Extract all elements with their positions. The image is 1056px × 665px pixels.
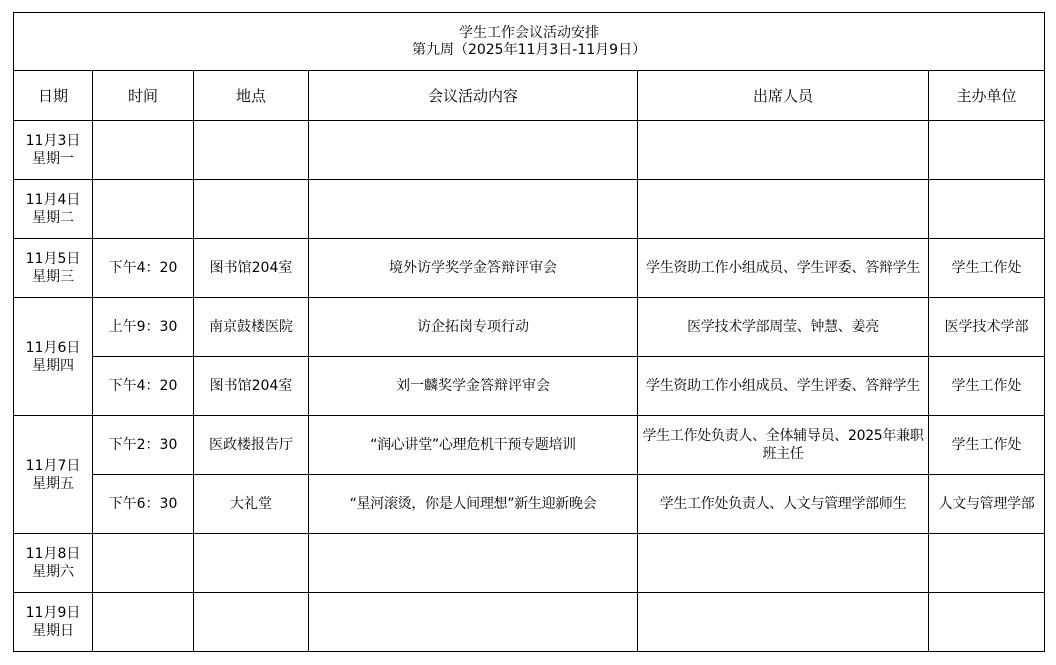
place-cell: 图书馆204室 — [194, 239, 309, 298]
header-place: 地点 — [194, 71, 309, 121]
date-text: 11月6日 — [15, 339, 91, 357]
time-cell: 下午2：30 — [93, 416, 194, 475]
table-row-tuesday: 11月4日 星期二 — [14, 180, 1045, 239]
time-cell: 上午9：30 — [93, 298, 194, 357]
date-text: 11月3日 — [15, 132, 91, 150]
date-cell: 11月9日 星期日 — [14, 593, 93, 652]
content-cell: “星河滚烫，你是人间理想”新生迎新晚会 — [309, 475, 638, 534]
table-row-thursday-2: 下午4：20 图书馆204室 刘一麟奖学金答辩评审会 学生资助工作小组成员、学生… — [14, 357, 1045, 416]
attendees-cell: 学生工作处负责人、全体辅导员、2025年兼职班主任 — [638, 416, 929, 475]
table-row-friday-2: 下午6：30 大礼堂 “星河滚烫，你是人间理想”新生迎新晚会 学生工作处负责人、… — [14, 475, 1045, 534]
table-row-monday: 11月3日 星期一 — [14, 121, 1045, 180]
time-cell — [93, 121, 194, 180]
attendees-cell: 学生资助工作小组成员、学生评委、答辩学生 — [638, 239, 929, 298]
content-cell: 访企拓岗专项行动 — [309, 298, 638, 357]
date-text: 11月8日 — [15, 545, 91, 563]
title-row: 学生工作会议活动安排 第九周（2025年11月3日-11月9日） — [14, 13, 1045, 71]
host-cell: 医学技术学部 — [929, 298, 1045, 357]
host-cell: 学生工作处 — [929, 416, 1045, 475]
weekday-text: 星期五 — [15, 475, 91, 493]
header-time: 时间 — [93, 71, 194, 121]
weekday-text: 星期二 — [15, 209, 91, 227]
host-cell: 学生工作处 — [929, 357, 1045, 416]
place-cell: 图书馆204室 — [194, 357, 309, 416]
weekday-text: 星期一 — [15, 150, 91, 168]
place-cell — [194, 593, 309, 652]
attendees-cell — [638, 121, 929, 180]
place-cell: 大礼堂 — [194, 475, 309, 534]
date-text: 11月4日 — [15, 191, 91, 209]
date-cell: 11月4日 星期二 — [14, 180, 93, 239]
time-cell: 下午4：20 — [93, 239, 194, 298]
content-cell — [309, 593, 638, 652]
attendees-cell: 学生资助工作小组成员、学生评委、答辩学生 — [638, 357, 929, 416]
header-row: 日期 时间 地点 会议活动内容 出席人员 主办单位 — [14, 71, 1045, 121]
time-cell — [93, 180, 194, 239]
weekday-text: 星期三 — [15, 268, 91, 286]
time-cell — [93, 534, 194, 593]
weekday-text: 星期四 — [15, 357, 91, 375]
attendees-cell: 医学技术学部周莹、钟慧、姜亮 — [638, 298, 929, 357]
attendees-cell — [638, 534, 929, 593]
place-cell — [194, 180, 309, 239]
time-cell: 下午6：30 — [93, 475, 194, 534]
header-date: 日期 — [14, 71, 93, 121]
place-cell: 医政楼报告厅 — [194, 416, 309, 475]
table-row-friday-1: 11月7日 星期五 下午2：30 医政楼报告厅 “润心讲堂”心理危机干预专题培训… — [14, 416, 1045, 475]
host-cell — [929, 534, 1045, 593]
header-content: 会议活动内容 — [309, 71, 638, 121]
attendees-cell — [638, 180, 929, 239]
weekday-text: 星期六 — [15, 563, 91, 581]
attendees-cell — [638, 593, 929, 652]
host-cell — [929, 180, 1045, 239]
host-cell — [929, 121, 1045, 180]
date-cell: 11月7日 星期五 — [14, 416, 93, 534]
date-cell: 11月3日 星期一 — [14, 121, 93, 180]
date-text: 11月7日 — [15, 457, 91, 475]
place-cell — [194, 534, 309, 593]
place-cell: 南京鼓楼医院 — [194, 298, 309, 357]
date-cell: 11月8日 星期六 — [14, 534, 93, 593]
table-row-saturday: 11月8日 星期六 — [14, 534, 1045, 593]
time-cell: 下午4：20 — [93, 357, 194, 416]
content-cell — [309, 180, 638, 239]
content-cell — [309, 534, 638, 593]
attendees-cell: 学生工作处负责人、人文与管理学部师生 — [638, 475, 929, 534]
date-cell: 11月5日 星期三 — [14, 239, 93, 298]
title-week-range: 第九周（2025年11月3日-11月9日） — [15, 42, 1043, 59]
time-cell — [93, 593, 194, 652]
title-main: 学生工作会议活动安排 — [15, 25, 1043, 42]
date-cell: 11月6日 星期四 — [14, 298, 93, 416]
host-cell: 学生工作处 — [929, 239, 1045, 298]
content-cell: 境外访学奖学金答辩评审会 — [309, 239, 638, 298]
table-row-wednesday: 11月5日 星期三 下午4：20 图书馆204室 境外访学奖学金答辩评审会 学生… — [14, 239, 1045, 298]
date-text: 11月9日 — [15, 604, 91, 622]
host-cell — [929, 593, 1045, 652]
header-host: 主办单位 — [929, 71, 1045, 121]
content-cell: 刘一麟奖学金答辩评审会 — [309, 357, 638, 416]
schedule-table: 学生工作会议活动安排 第九周（2025年11月3日-11月9日） 日期 时间 地… — [13, 12, 1045, 652]
host-cell: 人文与管理学部 — [929, 475, 1045, 534]
content-cell: “润心讲堂”心理危机干预专题培训 — [309, 416, 638, 475]
content-cell — [309, 121, 638, 180]
place-cell — [194, 121, 309, 180]
header-attendees: 出席人员 — [638, 71, 929, 121]
table-row-thursday-1: 11月6日 星期四 上午9：30 南京鼓楼医院 访企拓岗专项行动 医学技术学部周… — [14, 298, 1045, 357]
weekday-text: 星期日 — [15, 622, 91, 640]
table-row-sunday: 11月9日 星期日 — [14, 593, 1045, 652]
table-title: 学生工作会议活动安排 第九周（2025年11月3日-11月9日） — [14, 13, 1045, 71]
date-text: 11月5日 — [15, 250, 91, 268]
